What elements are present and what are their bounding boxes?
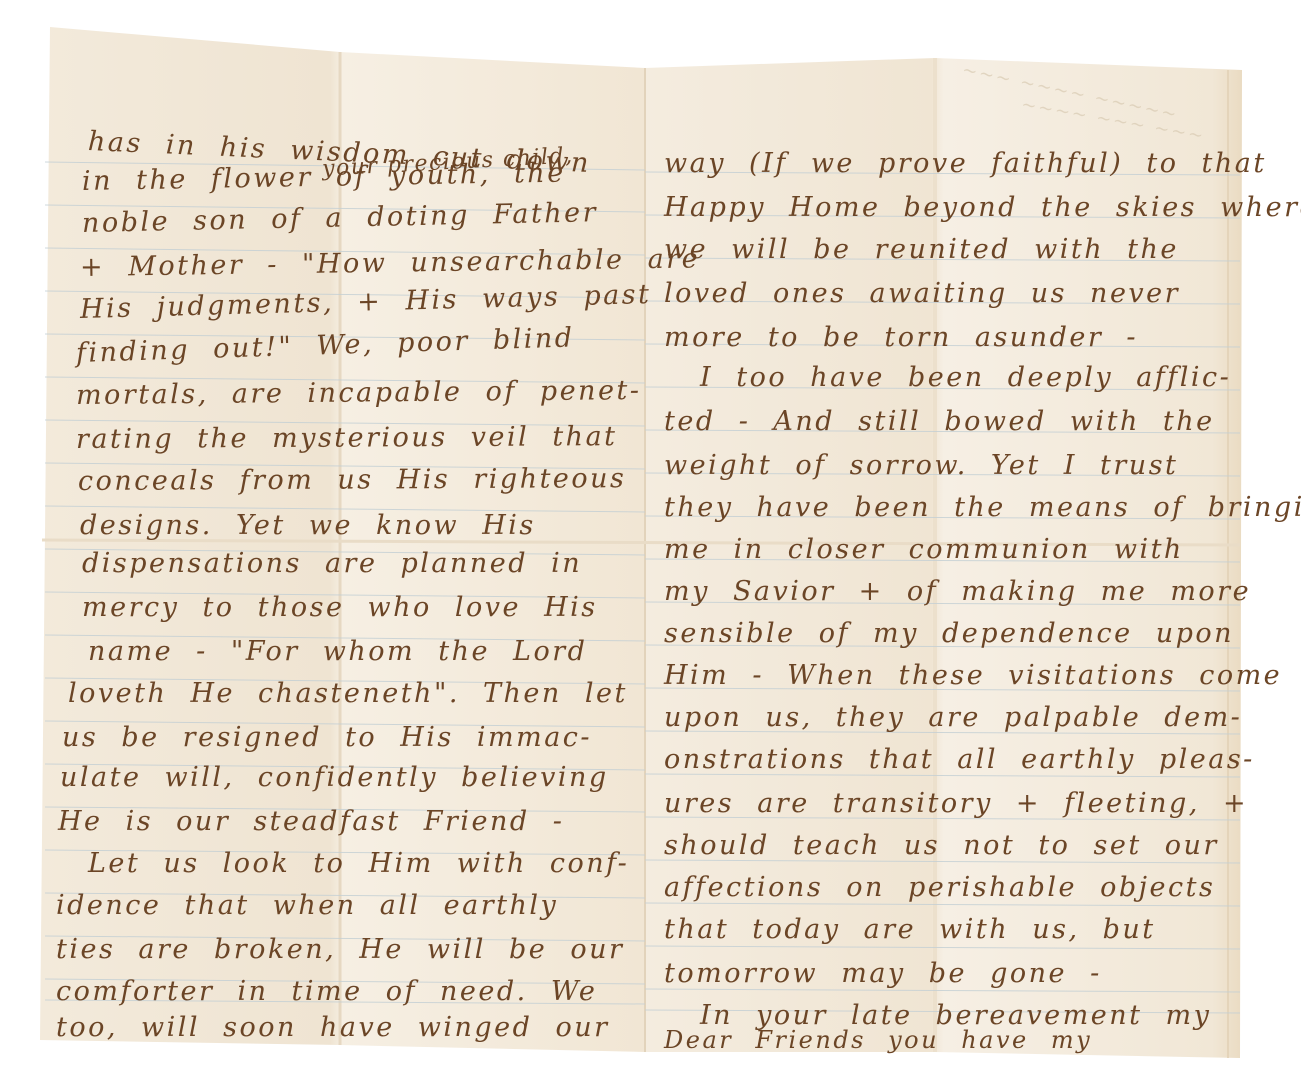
letter-line: loved ones awaiting us never [664,278,1180,309]
letter-line: conceals from us His righteous [78,463,627,497]
letter-line: mercy to those who love His [82,592,598,623]
letter-line: that today are with us, but [664,914,1156,945]
letter-line: my Savior + of making me more [664,576,1251,607]
letter-line: affections on perishable objects [664,872,1215,903]
letter-line: ures are transitory + fleeting, + [664,788,1248,819]
letter-line: they have been the means of bringing [664,492,1301,523]
letter-line: He is our steadfast Friend - [58,806,564,837]
letter-line: loveth He chasteneth". Then let [68,678,628,709]
handwritten-letter: ~~~ ~~~~ ~~~~~ ~~~~ ~~~ ~~~ your preciou… [0,0,1301,1080]
letter-line: idence that when all earthly [56,890,558,921]
letter-line: Him - When these visitations come [664,660,1282,691]
letter-line: rating the mysterious veil that [76,421,618,455]
letter-line: Let us look to Him with conf- [88,848,629,879]
letter-line: name - "For whom the Lord [88,636,587,667]
letter-line: onstrations that all earthly pleas- [664,744,1255,775]
letter-line: we will be reunited with the [664,234,1179,265]
letter-line: I too have been deeply afflic- [700,362,1231,393]
letter-line: weight of sorrow. Yet I trust [664,450,1178,481]
letter-line: designs. Yet we know His [80,510,536,541]
letter-line: should teach us not to set our [664,830,1219,861]
letter-line: ted - And still bowed with the [664,406,1215,437]
letter-line: sensible of my dependence upon [664,618,1234,649]
letter-line: way (If we prove faithful) to that [664,148,1267,179]
letter-line: dispensations are planned in [82,548,582,579]
letter-line: upon us, they are palpable dem- [664,702,1242,733]
letter-line: ties are broken, He will be our [56,934,624,965]
letter-line: comforter in time of need. We [56,976,597,1007]
letter-line: Happy Home beyond the skies where [664,192,1301,223]
letter-line: us be resigned to His immac- [62,722,592,753]
letter-line: mortals, are incapable of penet- [76,375,642,411]
letter-line: tomorrow may be gone - [664,958,1102,989]
letter-line: me in closer communion with [664,534,1184,565]
letter-line: more to be torn asunder - [664,322,1138,353]
letter-line: ulate will, confidently believing [60,762,609,793]
letter-line: too, will soon have winged our [56,1012,610,1043]
letter-line: Dear Friends you have my [664,1026,1092,1054]
